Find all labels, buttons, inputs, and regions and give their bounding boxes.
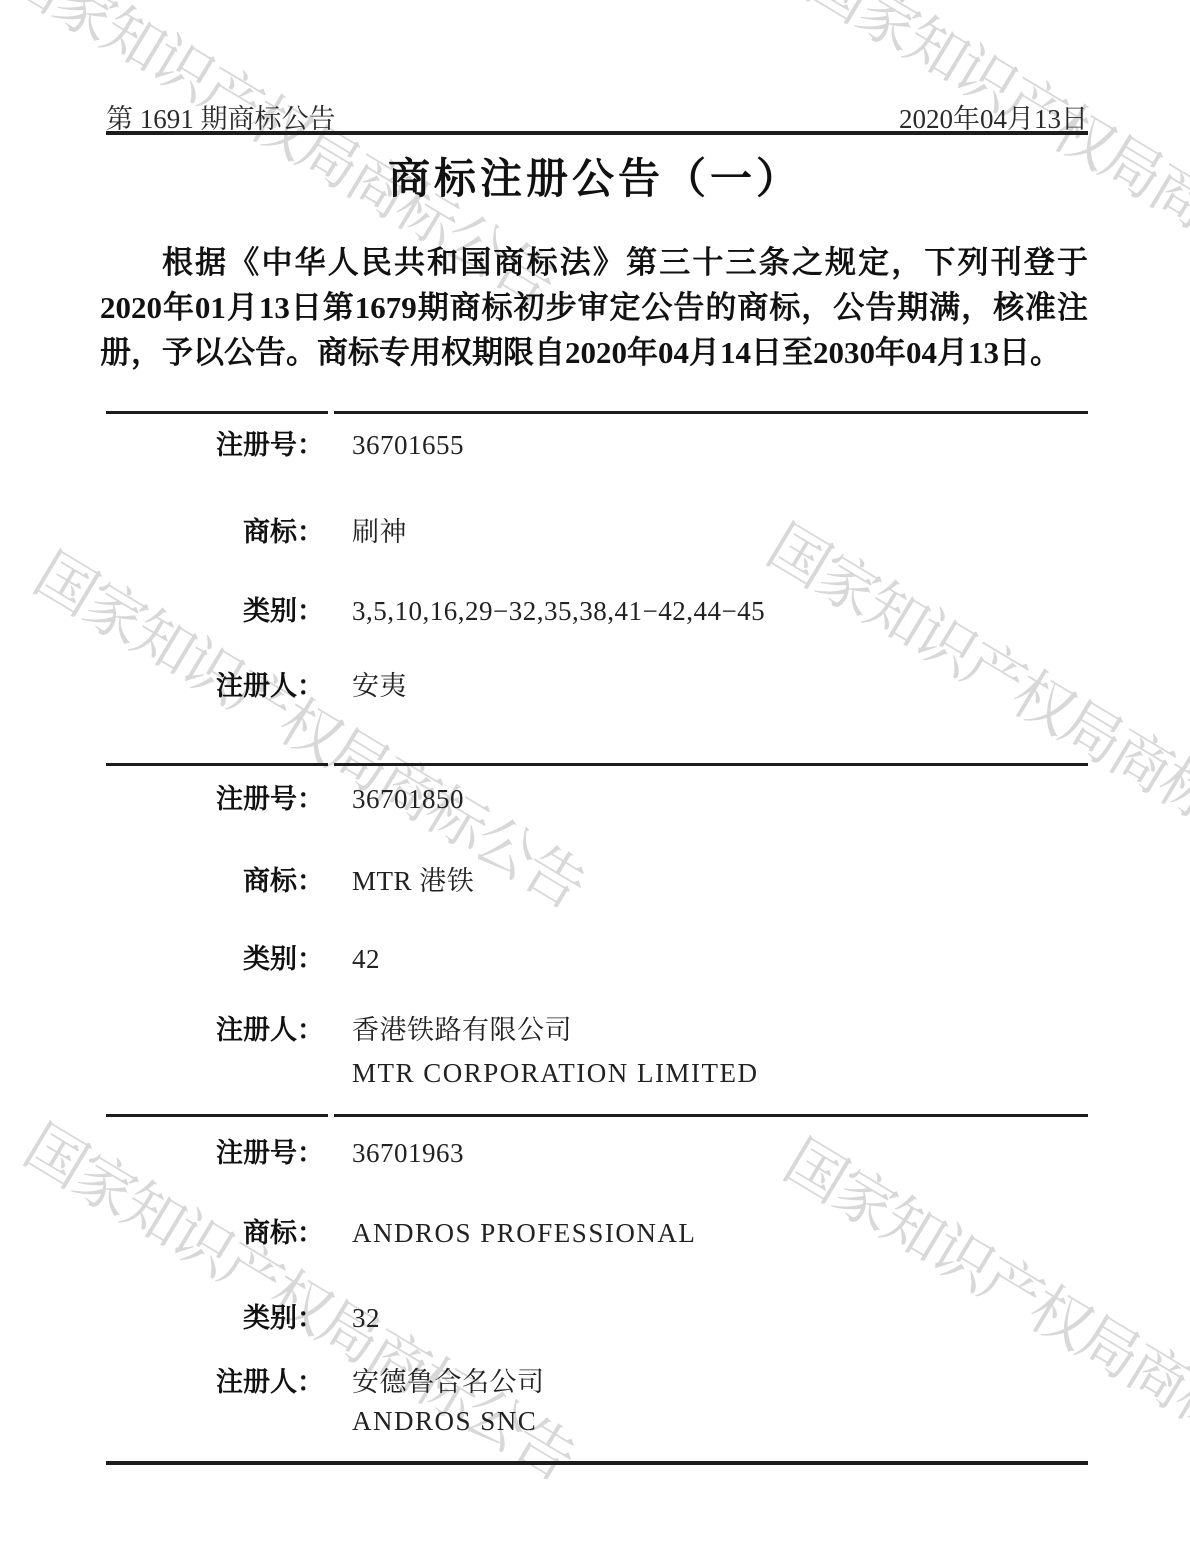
record-divider [106, 411, 1088, 414]
registrant-label: 注册人： [100, 671, 324, 701]
page-title: 商标注册公告（一） [0, 146, 1190, 206]
trademark-value: 刷神 [352, 517, 1084, 547]
reg-no-label: 注册号： [100, 430, 324, 460]
registrant-label: 注册人： [100, 1367, 324, 1397]
trademark-label: 商标： [100, 517, 324, 547]
gazette-page: 国家知识产权局商标公告 国家知识产权局商标公告 国家知识产权局商标公告 国家知识… [0, 0, 1190, 1564]
bottom-rule [106, 1461, 1088, 1465]
reg-no-value: 36701850 [352, 784, 1084, 814]
divider-segment [106, 411, 328, 414]
divider-segment [334, 763, 1088, 766]
trademark-label: 商标： [100, 866, 324, 896]
trademark-value: ANDROS PROFESSIONAL [352, 1218, 1084, 1248]
reg-no-label: 注册号： [100, 1138, 324, 1168]
category-label: 类别： [100, 944, 324, 974]
category-label: 类别： [100, 1303, 324, 1333]
reg-no-value: 36701963 [352, 1138, 1084, 1168]
divider-segment [334, 411, 1088, 414]
divider-segment [106, 1114, 328, 1117]
registrant-value: 香港铁路有限公司 [352, 1015, 1084, 1045]
registrant-en-value: ANDROS SNC [352, 1406, 1084, 1436]
record-divider [106, 1114, 1088, 1117]
registrant-value: 安德鲁合名公司 [352, 1367, 1084, 1397]
category-value: 42 [352, 944, 1084, 974]
registrant-en-value: MTR CORPORATION LIMITED [352, 1058, 1084, 1088]
category-value: 3,5,10,16,29−32,35,38,41−42,44−45 [352, 596, 1084, 626]
reg-no-value: 36701655 [352, 430, 1084, 460]
registrant-value: 安夷 [352, 671, 1084, 701]
registrant-label: 注册人： [100, 1015, 324, 1045]
reg-no-label: 注册号： [100, 784, 324, 814]
header-rule [106, 131, 1088, 135]
record-divider [106, 763, 1088, 766]
trademark-label: 商标： [100, 1218, 324, 1248]
category-value: 32 [352, 1303, 1084, 1333]
category-label: 类别： [100, 596, 324, 626]
divider-segment [334, 1114, 1088, 1117]
intro-paragraph: 根据《中华人民共和国商标法》第三十三条之规定，下列刊登于2020年01月13日第… [100, 240, 1088, 375]
trademark-value: MTR 港铁 [352, 866, 1084, 896]
divider-segment [106, 763, 328, 766]
